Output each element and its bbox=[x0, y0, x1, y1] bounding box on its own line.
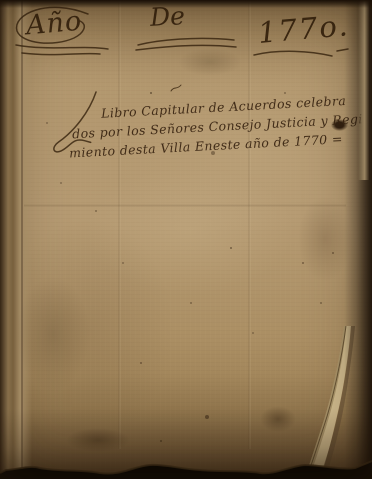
vertical-crease bbox=[248, 0, 251, 449]
scribble-mark bbox=[170, 84, 182, 93]
ano-underline-flourish bbox=[12, 42, 110, 58]
stain bbox=[16, 276, 90, 392]
torn-right-edge bbox=[358, 0, 370, 180]
top-edge-shadow bbox=[0, 0, 372, 8]
ano-label: Año bbox=[25, 6, 84, 42]
de-underline-flourish bbox=[136, 36, 240, 54]
torn-bottom-edge bbox=[0, 439, 372, 479]
horizontal-crease bbox=[24, 204, 346, 207]
libro-initial-flourish bbox=[46, 90, 105, 157]
year-underline-flourish bbox=[252, 48, 350, 60]
vertical-crease bbox=[118, 0, 121, 449]
book-spine-fold bbox=[0, 0, 32, 479]
manuscript-photo: Año De 177o. Libro Capitular de Acuerdos… bbox=[0, 0, 372, 479]
